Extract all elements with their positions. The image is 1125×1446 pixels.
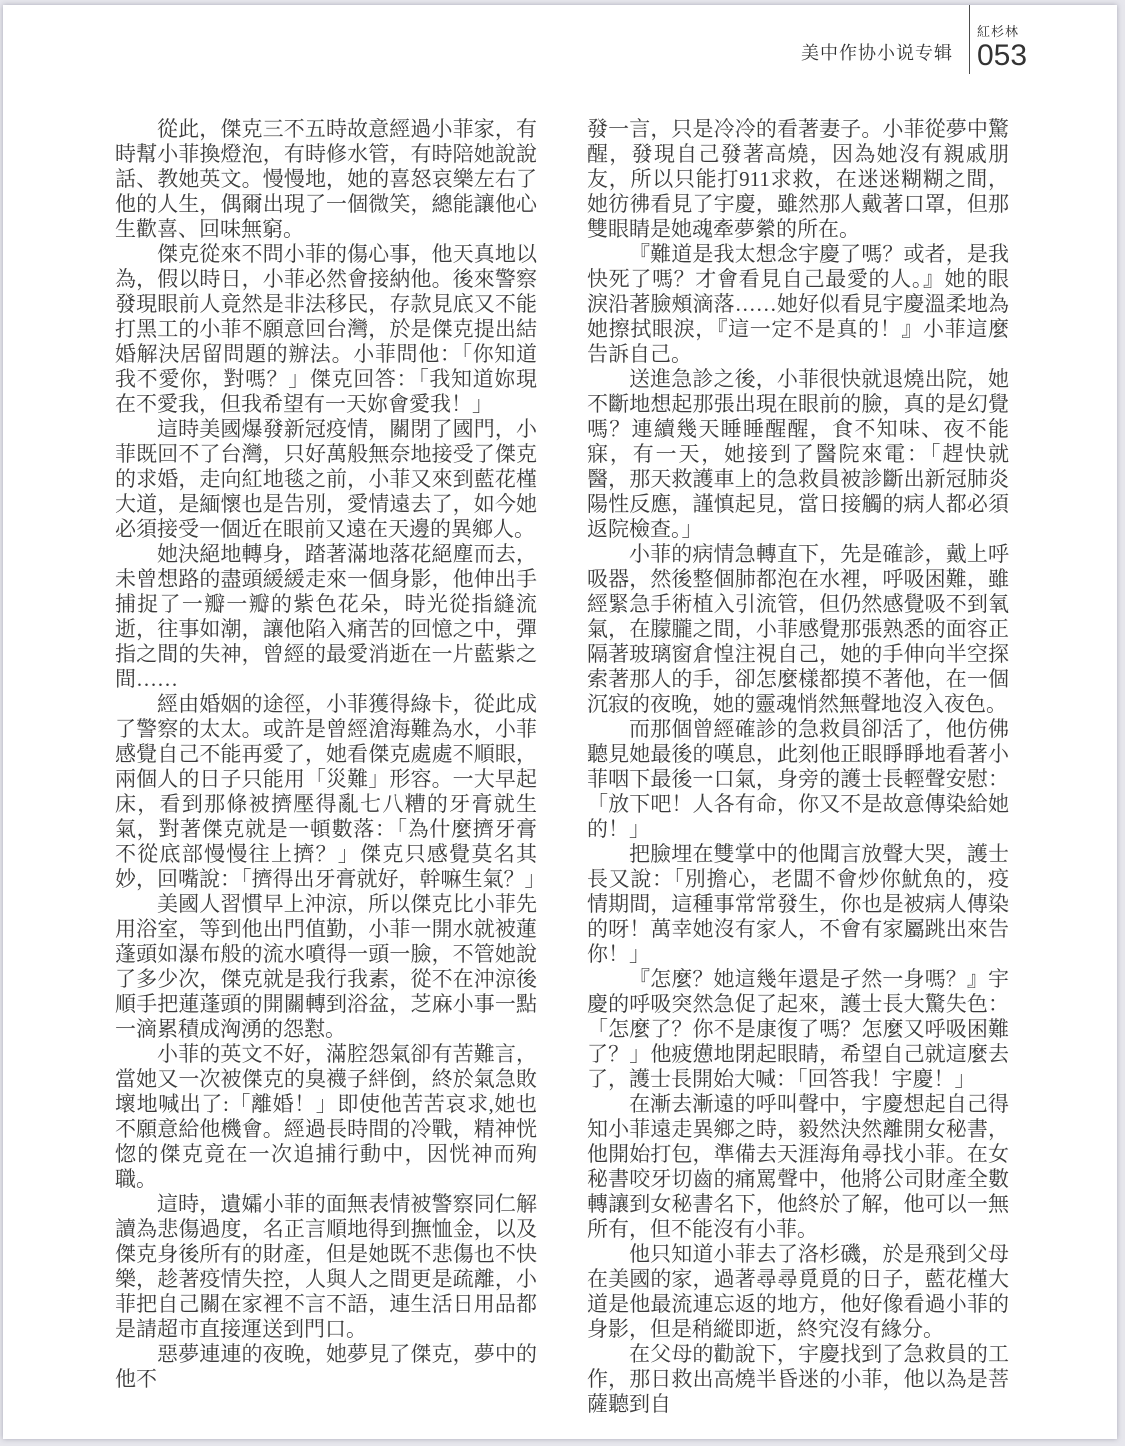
paragraph: 送進急診之後，小菲很快就退燒出院，她不斷地想起那張出現在眼前的臉，真的是幻覺嗎？…	[587, 367, 1009, 542]
text-column-right: 發一言，只是冷冷的看著妻子。小菲從夢中驚醒，發現自己發著高燒，因為她沒有親戚朋友…	[587, 117, 1009, 1417]
running-head-section-title: 美中作协小说专辑	[801, 39, 953, 65]
paragraph: 傑克從來不問小菲的傷心事，他天真地以為，假以時日，小菲必然會接納他。後來警察發現…	[115, 242, 537, 417]
paragraph: 這時美國爆發新冠疫情，關閉了國門，小菲既回不了台灣，只好萬般無奈地接受了傑克的求…	[115, 417, 537, 542]
paragraph: 他只知道小菲去了洛杉磯，於是飛到父母在美國的家，過著尋尋覓覓的日子，藍花槿大道是…	[587, 1242, 1009, 1342]
paragraph: 『怎麼？她這幾年還是孑然一身嗎？』宇慶的呼吸突然急促了起來，護士長大驚失色：「怎…	[587, 967, 1009, 1092]
paragraph: 她決絕地轉身，踏著滿地落花絕塵而去，未曾想路的盡頭緩緩走來一個身影，他伸出手捕捉…	[115, 542, 537, 692]
page-number: 053	[977, 41, 1027, 71]
paragraph: 惡夢連連的夜晚，她夢見了傑克，夢中的他不	[115, 1342, 537, 1392]
paragraph: 把臉埋在雙掌中的他聞言放聲大哭，護士長又說：「別擔心，老闆不會炒你魷魚的，疫情期…	[587, 842, 1009, 967]
header-divider-line	[969, 5, 970, 74]
paragraph: 在漸去漸遠的呼叫聲中，宇慶想起自己得知小菲遠走異鄉之時，毅然決然離開女秘書，他開…	[587, 1092, 1009, 1242]
paragraph: 發一言，只是冷冷的看著妻子。小菲從夢中驚醒，發現自己發著高燒，因為她沒有親戚朋友…	[587, 117, 1009, 242]
magazine-name: 紅杉林	[977, 21, 1027, 40]
magazine-page: 美中作协小说专辑 紅杉林 053 從此，傑克三不五時故意經過小菲家，有時幫小菲換…	[3, 5, 1117, 1439]
paragraph: 小菲的病情急轉直下，先是確診，戴上呼吸器，然後整個肺都泡在水裡，呼吸困難，雖經緊…	[587, 542, 1009, 717]
paragraph: 而那個曾經確診的急救員卻活了，他仿佛聽見她最後的嘆息，此刻他正眼睜睜地看著小菲咽…	[587, 717, 1009, 842]
paragraph: 美國人習慣早上沖涼，所以傑克比小菲先用浴室，等到他出門值勤，小菲一開水就被蓮蓬頭…	[115, 892, 537, 1042]
paragraph: 在父母的勸說下，宇慶找到了急救員的工作，那日救出高燒半昏迷的小菲，他以為是菩薩聽…	[587, 1342, 1009, 1417]
header-brand-block: 紅杉林 053	[977, 21, 1027, 71]
paragraph: 這時，遺孀小菲的面無表情被警察同仁解讀為悲傷過度，名正言順地得到撫恤金，以及傑克…	[115, 1192, 537, 1342]
paragraph: 從此，傑克三不五時故意經過小菲家，有時幫小菲換燈泡，有時修水管，有時陪她說說話、…	[115, 117, 537, 242]
paragraph: 小菲的英文不好，滿腔怨氣卻有苦難言，當她又一次被傑克的臭襪子絆倒，終於氣急敗壞地…	[115, 1042, 537, 1192]
paragraph: 『難道是我太想念宇慶了嗎？或者，是我快死了嗎？才會看見自己最愛的人。』她的眼淚沿…	[587, 242, 1009, 367]
text-column-left: 從此，傑克三不五時故意經過小菲家，有時幫小菲換燈泡，有時修水管，有時陪她說說話、…	[115, 117, 537, 1392]
paragraph: 經由婚姻的途徑，小菲獲得綠卡，從此成了警察的太太。或許是曾經滄海難為水，小菲感覺…	[115, 692, 537, 892]
